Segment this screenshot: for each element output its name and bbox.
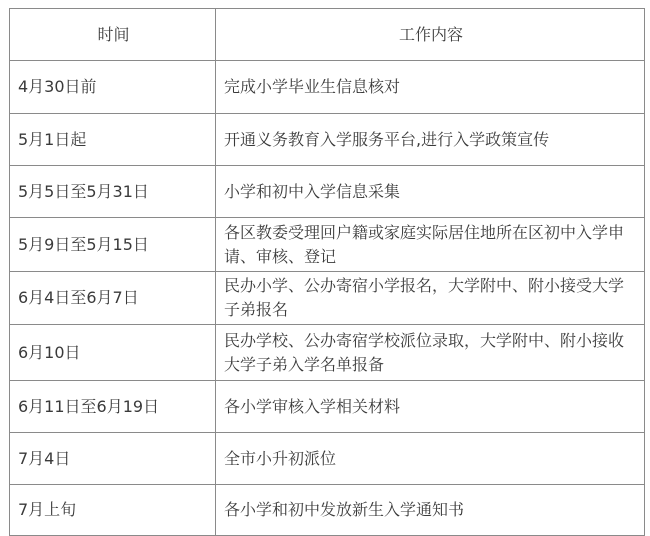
cell-content: 全市小升初派位: [216, 433, 645, 485]
cell-time: 7月上旬: [10, 485, 216, 536]
cell-content: 各小学审核入学相关材料: [216, 381, 645, 433]
cell-time: 5月1日起: [10, 114, 216, 166]
cell-time: 5月5日至5月31日: [10, 166, 216, 218]
table-row: 6月10日 民办学校、公办寄宿学校派位录取，大学附中、附小接收大学子弟入学名单报…: [10, 325, 645, 381]
cell-time: 4月30日前: [10, 61, 216, 114]
table-row: 6月4日至6月7日 民办小学、公办寄宿小学报名，大学附中、附小接受大学子弟报名: [10, 272, 645, 325]
table-header-row: 时间 工作内容: [10, 9, 645, 61]
table-row: 5月5日至5月31日 小学和初中入学信息采集: [10, 166, 645, 218]
cell-content: 各小学和初中发放新生入学通知书: [216, 485, 645, 536]
cell-content: 小学和初中入学信息采集: [216, 166, 645, 218]
cell-content: 各区教委受理回户籍或家庭实际居住地所在区初中入学申请、审核、登记: [216, 218, 645, 272]
table-row: 6月11日至6月19日 各小学审核入学相关材料: [10, 381, 645, 433]
header-content: 工作内容: [216, 9, 645, 61]
enrollment-schedule-table: 时间 工作内容 4月30日前 完成小学毕业生信息核对 5月1日起 开通义务教育入…: [9, 8, 645, 536]
cell-time: 5月9日至5月15日: [10, 218, 216, 272]
cell-time: 6月11日至6月19日: [10, 381, 216, 433]
cell-content: 完成小学毕业生信息核对: [216, 61, 645, 114]
table-row: 5月9日至5月15日 各区教委受理回户籍或家庭实际居住地所在区初中入学申请、审核…: [10, 218, 645, 272]
cell-time: 6月10日: [10, 325, 216, 381]
cell-content: 开通义务教育入学服务平台,进行入学政策宣传: [216, 114, 645, 166]
table-row: 7月4日 全市小升初派位: [10, 433, 645, 485]
table-row: 4月30日前 完成小学毕业生信息核对: [10, 61, 645, 114]
cell-time: 7月4日: [10, 433, 216, 485]
cell-time: 6月4日至6月7日: [10, 272, 216, 325]
header-time: 时间: [10, 9, 216, 61]
cell-content: 民办学校、公办寄宿学校派位录取，大学附中、附小接收大学子弟入学名单报备: [216, 325, 645, 381]
table-row: 5月1日起 开通义务教育入学服务平台,进行入学政策宣传: [10, 114, 645, 166]
cell-content: 民办小学、公办寄宿小学报名，大学附中、附小接受大学子弟报名: [216, 272, 645, 325]
table-row: 7月上旬 各小学和初中发放新生入学通知书: [10, 485, 645, 536]
